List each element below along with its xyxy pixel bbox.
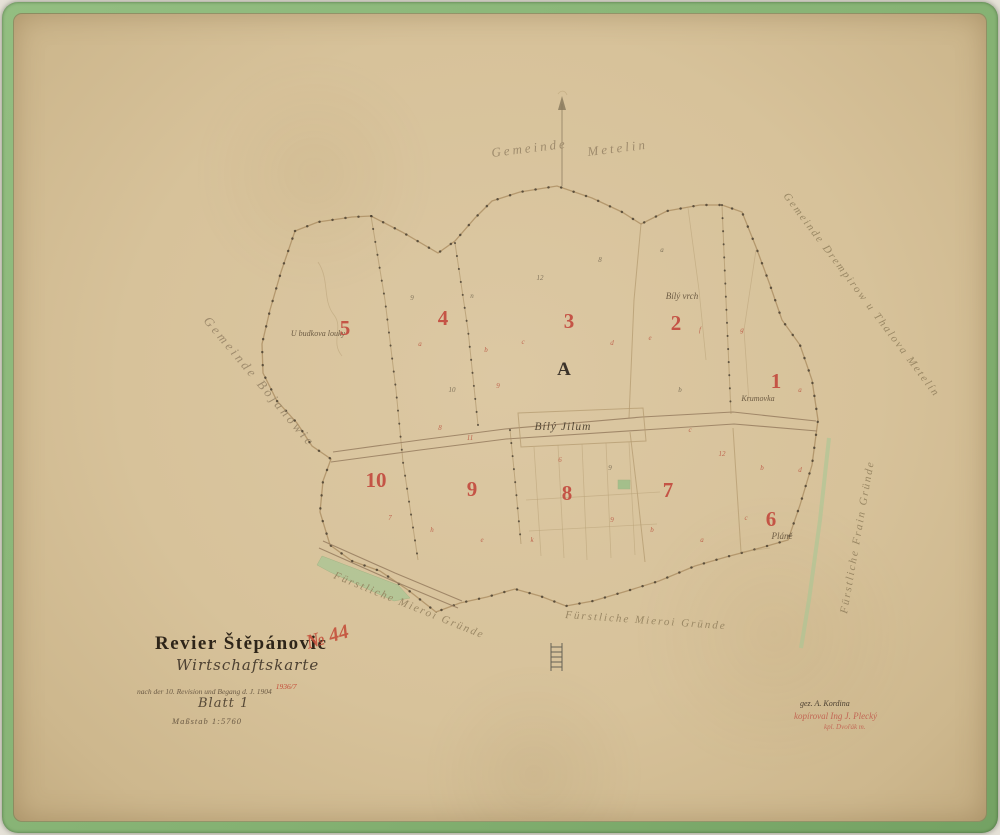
signature-line-3: kpl. Dvořák m. [824,723,866,731]
ride-line-2 [455,243,478,425]
small-red-marks: a b c d 9 11 e f 8 g a c 12 b d 7 h e k … [388,326,802,544]
svg-text:12: 12 [537,274,545,282]
svg-text:c: c [521,338,525,346]
svg-text:8: 8 [438,424,442,432]
svg-text:n: n [470,292,474,300]
svg-text:7: 7 [388,514,392,522]
revier-outline [262,186,818,612]
signature-line-2: kopíroval Ing J. Plecký [794,711,877,721]
svg-text:b: b [760,464,764,472]
svg-text:b: b [650,526,654,534]
ride-line-2-dots [455,243,478,425]
svg-text:12: 12 [719,450,727,458]
svg-text:k: k [530,536,534,544]
scanned-map-sheet: Gemeinde Metelin Gemeinde Drempirow u Th… [0,0,1000,835]
svg-text:e: e [480,536,483,544]
fuerstliche-south-label: Fürstliche Mieroi Gründe [564,609,727,632]
svg-text:9: 9 [608,464,612,472]
place-label-u-budkova-louky: U budkova louky [291,329,346,338]
east-green-boundary [801,438,829,648]
revision-note: nach der 10. Revision und Begang d. J. 1… [137,687,272,696]
svg-text:f: f [699,326,702,334]
place-label-bily-vrch: Bílý vrch [666,291,699,301]
ride-line-2b [510,430,521,544]
compartment-letter-a: A [557,359,571,380]
place-label-krumovka: Krumovka [740,394,774,403]
map-title: Revier Štěpánovic [155,633,327,655]
svg-text:6: 6 [558,456,562,464]
map-subtitle: Wirtschaftskarte [176,656,319,674]
svg-text:d: d [610,339,614,347]
svg-text:8: 8 [598,256,602,264]
svg-text:b: b [678,386,682,394]
sheet-label: Blatt 1 [198,696,249,711]
ne-parcel-line-1 [688,208,706,360]
gemeinde-right-upper-label: Gemeinde Drempirow u Thalova Metelín [781,191,943,400]
ride-line-1-dots [371,216,418,560]
svg-text:a: a [798,386,802,394]
svg-text:a: a [700,536,704,544]
small-dark-marks: 9 n 12 8 a 10 b 9 [410,246,682,472]
compartment-1: 1 [771,369,782,393]
metelin-label: Metelin [586,137,649,159]
compartment-5: 5 [340,316,351,340]
revier-outline-dots [262,186,818,612]
svg-text:a: a [418,340,422,348]
svg-text:c: c [744,514,748,522]
ne-parcel-line-2 [744,250,756,402]
svg-text:10: 10 [449,386,457,394]
compartment-8: 8 [562,481,573,505]
svg-text:g: g [740,326,744,334]
gemeinde-label: Gemeinde [491,136,569,160]
place-label-plane: Pláně [771,531,794,541]
fuerstliche-sw-label: Fürstliche Mieroi Gründe [331,569,486,641]
strip-parcels [526,442,660,560]
signature-line-1: gez. A. Kordina [800,699,850,708]
svg-text:11: 11 [467,434,473,442]
svg-text:9: 9 [610,516,614,524]
compartment-4: 4 [438,306,449,330]
small-pond [618,480,630,489]
compartment-6: 6 [766,507,777,531]
svg-text:e: e [648,334,651,342]
fuerstliche-se-label: Fürstliche Frain Gründe [838,459,877,615]
svg-text:9: 9 [410,294,414,302]
place-label-bily-jilum: Bílý Jilum [535,421,592,433]
fold-ladder-mark [551,643,562,671]
ride-line-4b [733,428,741,552]
west-lobe-brook [318,262,342,356]
svg-text:h: h [430,526,434,534]
compartment-2: 2 [671,311,682,335]
svg-text:b: b [484,346,488,354]
compartment-7: 7 [663,478,674,502]
ride-line-3 [629,224,641,418]
compartment-10: 10 [366,468,387,492]
svg-text:a: a [660,246,664,254]
svg-text:d: d [798,466,802,474]
compartment-9: 9 [467,477,478,501]
map-artwork: Gemeinde Metelin Gemeinde Drempirow u Th… [0,0,1000,835]
ride-line-1 [371,216,418,560]
compartment-3: 3 [564,309,575,333]
scale-label: Maßstab 1:5760 [172,716,242,726]
svg-text:9: 9 [496,382,500,390]
revision-overlay-red: 1936/7 [276,682,297,691]
